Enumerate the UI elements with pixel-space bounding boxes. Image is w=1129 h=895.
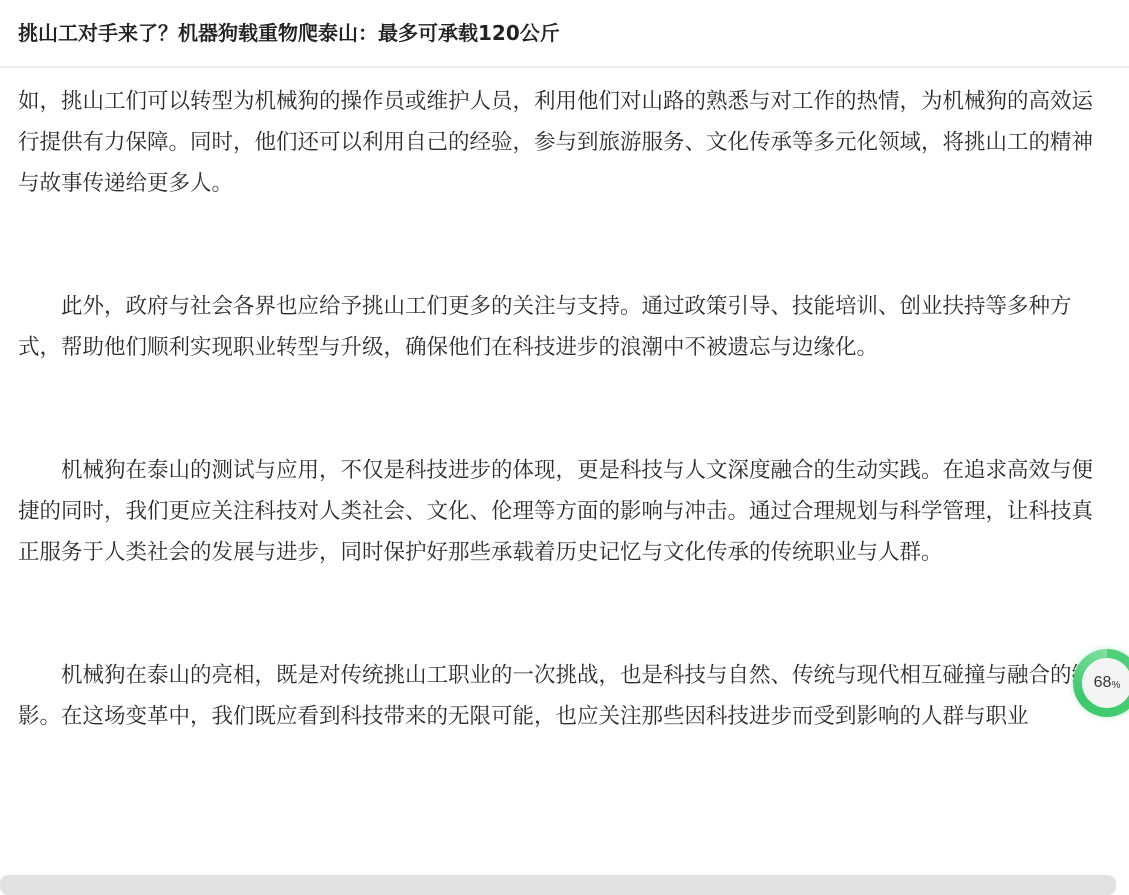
- bottom-toolbar[interactable]: [0, 875, 1116, 888]
- progress-unit: %: [1111, 680, 1120, 691]
- article-paragraph: 机械狗在泰山的亮相，既是对传统挑山工职业的一次挑战，也是科技与自然、传统与现代相…: [18, 655, 1110, 737]
- article-paragraph: 机械狗在泰山的测试与应用，不仅是科技进步的体现，更是科技与人文深度融合的生动实践…: [18, 450, 1110, 573]
- progress-ring-icon: 68%: [1082, 658, 1129, 708]
- progress-value: 68: [1094, 674, 1112, 692]
- article-paragraph: 如，挑山工们可以转型为机械狗的操作员或维护人员，利用他们对山路的熟悉与对工作的热…: [18, 81, 1110, 204]
- article-title: 挑山工对手来了？机器狗载重物爬泰山：最多可承载120公斤: [18, 17, 560, 46]
- article-header: 挑山工对手来了？机器狗载重物爬泰山：最多可承载120公斤: [0, 0, 1129, 68]
- article-body: 如，挑山工们可以转型为机械狗的操作员或维护人员，利用他们对山路的熟悉与对工作的热…: [18, 81, 1110, 819]
- article-paragraph: 此外，政府与社会各界也应给予挑山工们更多的关注与支持。通过政策引导、技能培训、创…: [18, 286, 1110, 368]
